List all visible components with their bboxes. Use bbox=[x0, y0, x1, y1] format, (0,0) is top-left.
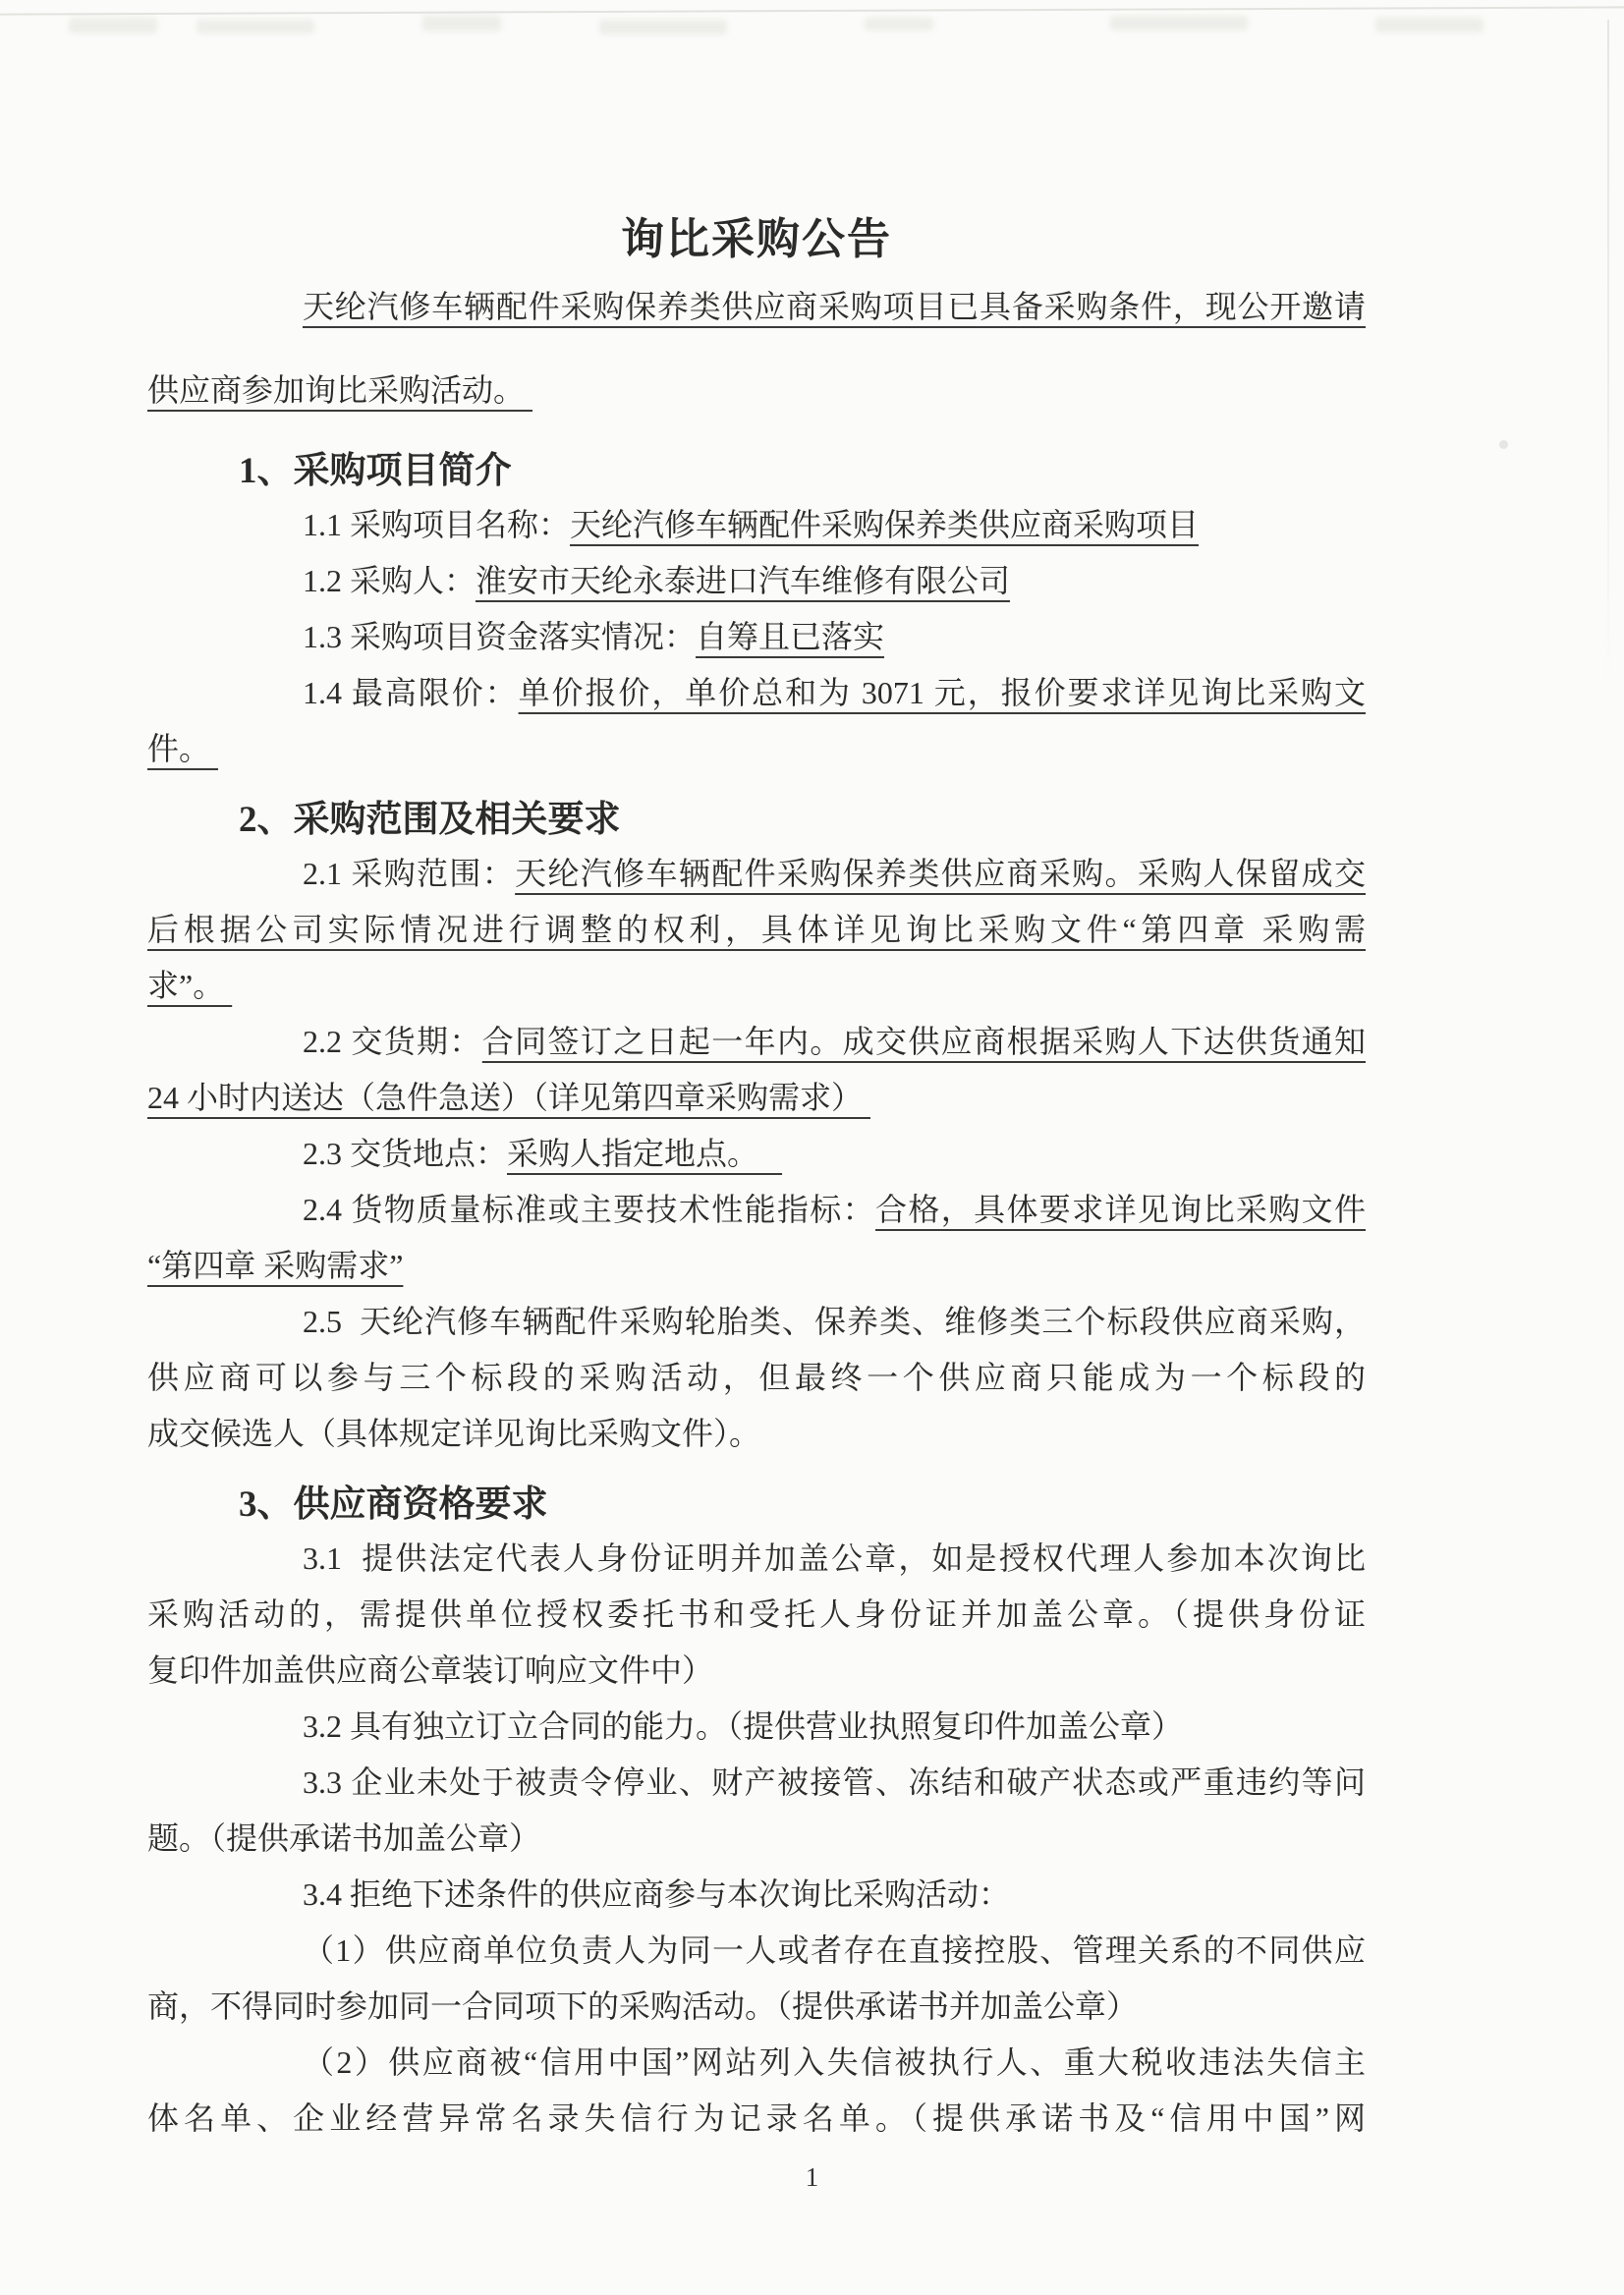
clause-2-2-wrap: 24 小时内送达（急件急送）（详见第四章采购需求） bbox=[147, 1070, 1366, 1126]
intro-line-2: 供应商参加询比采购活动。 bbox=[147, 349, 1366, 432]
document-body: 询比采购公告 天纶汽修车辆配件采购保养类供应商采购项目已具备采购条件，现公开邀请… bbox=[147, 214, 1366, 2147]
clause-label: 1.2 采购人： bbox=[303, 563, 476, 598]
clause-text: 商，不得同时参加同一合同项下的采购活动。（提供承诺书并加盖公章） bbox=[147, 1988, 1138, 2024]
clause-value: 合格，具体要求详见询比采购文件 bbox=[875, 1192, 1366, 1227]
clause-text: 体名单、企业经营异常名录失信行为记录名单。（提供承诺书及“信用中国”网 bbox=[147, 2100, 1366, 2136]
clause-1-4: 1.4 最高限价：单价报价，单价总和为 3071 元，报价要求详见询比采购文 bbox=[147, 665, 1366, 721]
clause-2-5-wrap-1: 供应商可以参与三个标段的采购活动，但最终一个供应商只能成为一个标段的 bbox=[147, 1350, 1366, 1406]
scan-smudge bbox=[422, 16, 501, 31]
clause-3-4: 3.4 拒绝下述条件的供应商参与本次询比采购活动： bbox=[147, 1867, 1366, 1923]
clause-text: 采购活动的，需提供单位授权委托书和受托人身份证并加盖公章。（提供身份证 bbox=[147, 1596, 1366, 1632]
clause-1-1: 1.1 采购项目名称：天纶汽修车辆配件采购保养类供应商采购项目 bbox=[147, 497, 1366, 553]
clause-label: 2.2 交货期： bbox=[303, 1024, 482, 1059]
scan-edge-line-right bbox=[1607, 20, 1609, 688]
clause-text: 成交候选人（具体规定详见询比采购文件）。 bbox=[147, 1416, 760, 1451]
clause-value: 合同签订之日起一年内。成交供应商根据采购人下达供货通知 bbox=[482, 1024, 1366, 1059]
clause-2-4-wrap: “第四章 采购需求” bbox=[147, 1238, 1366, 1294]
clause-3-3-wrap: 题。（提供承诺书加盖公章） bbox=[147, 1811, 1366, 1867]
clause-text: （1）供应商单位负责人为同一人或者存在直接控股、管理关系的不同供应 bbox=[303, 1932, 1366, 1968]
scan-smudge bbox=[1375, 18, 1484, 32]
clause-value: 后根据公司实际情况进行调整的权利，具体详见询比采购文件“第四章 采购需 bbox=[147, 912, 1366, 947]
clause-text: 供应商可以参与三个标段的采购活动，但最终一个供应商只能成为一个标段的 bbox=[147, 1360, 1366, 1395]
intro-text: 天纶汽修车辆配件采购保养类供应商采购项目已具备采购条件，现公开邀请 bbox=[303, 289, 1366, 324]
clause-2-1: 2.1 采购范围：天纶汽修车辆配件采购保养类供应商采购。采购人保留成交 bbox=[147, 846, 1366, 902]
clause-text: 3.4 拒绝下述条件的供应商参与本次询比采购活动： bbox=[303, 1876, 1010, 1912]
clause-3-1-wrap-2: 复印件加盖供应商公章装订响应文件中） bbox=[147, 1643, 1366, 1699]
document-title: 询比采购公告 bbox=[147, 214, 1366, 265]
scan-smudge bbox=[196, 20, 314, 33]
clause-2-5-wrap-2: 成交候选人（具体规定详见询比采购文件）。 bbox=[147, 1406, 1366, 1462]
clause-value: 求”。 bbox=[147, 968, 232, 1003]
scan-smudge bbox=[865, 18, 933, 30]
clause-label: 2.4 货物质量标准或主要技术性能指标： bbox=[303, 1192, 875, 1227]
clause-1-3: 1.3 采购项目资金落实情况：自筹且已落实 bbox=[147, 609, 1366, 665]
clause-value: 24 小时内送达（急件急送）（详见第四章采购需求） bbox=[147, 1080, 870, 1115]
scan-smudge bbox=[1110, 16, 1248, 30]
intro-line-1: 天纶汽修车辆配件采购保养类供应商采购项目已具备采购条件，现公开邀请 bbox=[147, 265, 1366, 349]
clause-text: 题。（提供承诺书加盖公章） bbox=[147, 1820, 540, 1856]
clause-2-1-wrap-2: 求”。 bbox=[147, 958, 1366, 1014]
clause-3-1: 3.1 提供法定代表人身份证明并加盖公章，如是授权代理人参加本次询比 bbox=[147, 1531, 1366, 1587]
scan-smudge bbox=[69, 18, 157, 33]
clause-3-3: 3.3 企业未处于被责令停业、财产被接管、冻结和破产状态或严重违约等问 bbox=[147, 1755, 1366, 1811]
scan-speck bbox=[1499, 440, 1508, 449]
clause-label: 1.4 最高限价： bbox=[303, 675, 519, 710]
clause-3-4-item-2: （2）供应商被“信用中国”网站列入失信被执行人、重大税收违法失信主 bbox=[147, 2035, 1366, 2091]
clause-text: （2）供应商被“信用中国”网站列入失信被执行人、重大税收违法失信主 bbox=[303, 2044, 1366, 2080]
clause-value: 天纶汽修车辆配件采购保养类供应商采购。采购人保留成交 bbox=[515, 856, 1366, 891]
clause-3-4-item-1: （1）供应商单位负责人为同一人或者存在直接控股、管理关系的不同供应 bbox=[147, 1923, 1366, 1979]
scan-edge-line bbox=[0, 6, 1624, 15]
clause-2-4: 2.4 货物质量标准或主要技术性能指标：合格，具体要求详见询比采购文件 bbox=[147, 1182, 1366, 1238]
clause-3-4-item-1-wrap: 商，不得同时参加同一合同项下的采购活动。（提供承诺书并加盖公章） bbox=[147, 1979, 1366, 2035]
clause-3-4-item-2-wrap: 体名单、企业经营异常名录失信行为记录名单。（提供承诺书及“信用中国”网 bbox=[147, 2091, 1366, 2147]
clause-3-1-wrap-1: 采购活动的，需提供单位授权委托书和受托人身份证并加盖公章。（提供身份证 bbox=[147, 1587, 1366, 1643]
clause-text: 3.1 提供法定代表人身份证明并加盖公章，如是授权代理人参加本次询比 bbox=[303, 1540, 1366, 1576]
clause-2-1-wrap-1: 后根据公司实际情况进行调整的权利，具体详见询比采购文件“第四章 采购需 bbox=[147, 902, 1366, 958]
clause-text: 复印件加盖供应商公章装订响应文件中） bbox=[147, 1652, 713, 1688]
clause-3-2: 3.2 具有独立订立合同的能力。（提供营业执照复印件加盖公章） bbox=[147, 1699, 1366, 1755]
clause-1-4-wrap: 件。 bbox=[147, 721, 1366, 777]
clause-2-3: 2.3 交货地点：采购人指定地点。 bbox=[147, 1126, 1366, 1182]
clause-value: 天纶汽修车辆配件采购保养类供应商采购项目 bbox=[570, 507, 1199, 542]
intro-text: 供应商参加询比采购活动。 bbox=[147, 372, 532, 408]
clause-1-2: 1.2 采购人：淮安市天纶永泰进口汽车维修有限公司 bbox=[147, 553, 1366, 609]
clause-value: 采购人指定地点。 bbox=[507, 1136, 782, 1171]
clause-value: 淮安市天纶永泰进口汽车维修有限公司 bbox=[476, 563, 1010, 598]
scan-smudge bbox=[599, 20, 727, 34]
clause-2-5: 2.5 天纶汽修车辆配件采购轮胎类、保养类、维修类三个标段供应商采购， bbox=[147, 1294, 1366, 1350]
clause-label: 2.3 交货地点： bbox=[303, 1136, 507, 1171]
clause-text: 3.3 企业未处于被责令停业、财产被接管、冻结和破产状态或严重违约等问 bbox=[303, 1764, 1366, 1800]
clause-value: 单价报价，单价总和为 3071 元，报价要求详见询比采购文 bbox=[519, 675, 1366, 710]
clause-value: 件。 bbox=[147, 731, 218, 766]
clause-text: 2.5 天纶汽修车辆配件采购轮胎类、保养类、维修类三个标段供应商采购， bbox=[303, 1304, 1366, 1339]
clause-2-2: 2.2 交货期：合同签订之日起一年内。成交供应商根据采购人下达供货通知 bbox=[147, 1014, 1366, 1070]
clause-text: 3.2 具有独立订立合同的能力。（提供营业执照复印件加盖公章） bbox=[303, 1708, 1183, 1744]
section-2-heading: 2、采购范围及相关要求 bbox=[239, 795, 1366, 846]
clause-label: 1.3 采购项目资金落实情况： bbox=[303, 619, 696, 654]
clause-value: 自筹且已落实 bbox=[696, 619, 884, 654]
section-3-heading: 3、供应商资格要求 bbox=[239, 1480, 1366, 1531]
section-1-heading: 1、采购项目简介 bbox=[239, 446, 1366, 497]
clause-label: 2.1 采购范围： bbox=[303, 856, 515, 891]
clause-label: 1.1 采购项目名称： bbox=[303, 507, 570, 542]
page-number: 1 bbox=[0, 2157, 1624, 2197]
clause-value: “第四章 采购需求” bbox=[147, 1248, 403, 1283]
